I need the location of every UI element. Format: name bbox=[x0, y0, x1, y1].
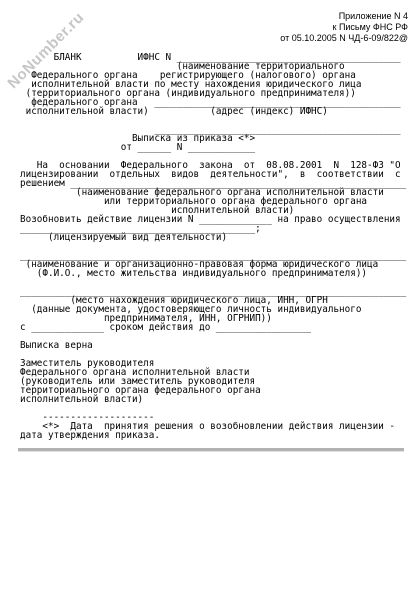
header-appendix-line: Приложение N 4 bbox=[280, 11, 408, 22]
order-body-block: На основании Федерального закона от 08.0… bbox=[20, 161, 416, 332]
bottom-divider bbox=[18, 448, 404, 451]
document-body: БЛАНК ИФНС N ___________________________… bbox=[20, 53, 416, 440]
document-page: NoNumber.ru Приложение N 4 к Письму ФНС … bbox=[0, 0, 420, 600]
form-header-block: БЛАНК ИФНС N ___________________________… bbox=[20, 53, 416, 134]
document-header: Приложение N 4 к Письму ФНС РФ от 05.10.… bbox=[280, 11, 408, 44]
verification-line: Выписка верна bbox=[20, 341, 416, 350]
header-letter-line: к Письму ФНС РФ bbox=[280, 22, 408, 33]
signature-block: Заместитель руководителя Федерального ор… bbox=[20, 359, 416, 404]
order-title-block: Выписка из приказа <*> от ______ N _____… bbox=[20, 134, 416, 152]
header-date-number-line: от 05.10.2005 N ЧД-6-09/822@ bbox=[280, 33, 408, 44]
footnote-block: -------------------- <*> Дата принятия р… bbox=[20, 413, 416, 440]
